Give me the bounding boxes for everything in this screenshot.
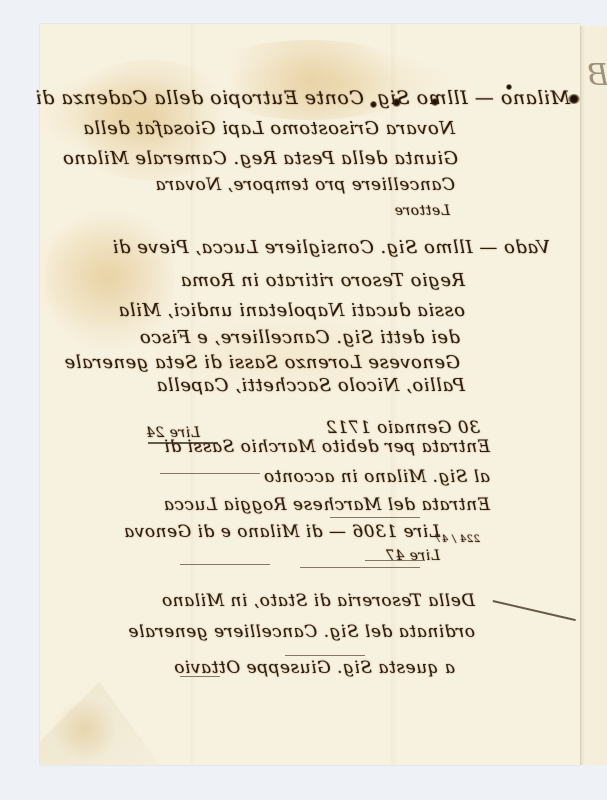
ledger-rule [365, 560, 425, 561]
handwritten-line: ordinata del Sig. Cancelliere generale [175, 622, 475, 642]
ledger-rule [180, 564, 270, 565]
handwritten-line: Lire 47 [380, 548, 440, 564]
date-line: 30 Gennaio 1712 [310, 418, 480, 438]
ledger-rule [300, 567, 420, 568]
fraction: 224 / 47 [440, 534, 480, 545]
handwritten-line: Giunta della Pesta Reg. Camerale Milano [158, 148, 458, 169]
handwritten-line: Pallio, Nicolo Sacchetti, Capella [165, 375, 465, 396]
ledger-rule [148, 442, 218, 444]
handwritten-line: Vado — Illmo Sig. Consigliere Lucca, Pie… [160, 237, 550, 258]
handwritten-line: a questa Sig. Giuseppe Ottavio [205, 658, 455, 678]
handwritten-line: Entrata per debito Marchio Sassi di [190, 437, 490, 457]
handwritten-line: Novara Grisostomo Lapi Giosafat della [155, 118, 455, 139]
handwritten-line: al Sig. Milano in acconto [200, 467, 490, 487]
water-stain [50, 700, 120, 760]
handwritten-line: Regio Tesoro ritirato in Roma [165, 270, 465, 291]
handwritten-line: dei detti Sig. Cancelliere, e Fisco [160, 327, 460, 348]
handwritten-line: ossia ducati Napoletani undici, Mila [165, 300, 465, 321]
margin-amount: Lire 24 [150, 425, 200, 441]
page-fold-strip: B [580, 26, 607, 765]
flourish-stroke [285, 655, 365, 656]
handwritten-line: Della Tesoreria di Stato, in Milano [175, 591, 475, 611]
ledger-rule [160, 473, 260, 474]
handwritten-line: Genovese Lorenzo Sassi di Seta generale [155, 352, 460, 373]
flourish-stroke [180, 676, 220, 677]
handwritten-line: Cancelliere pro tempore, Novara [175, 175, 455, 195]
handwritten-line: Lettore [390, 203, 450, 219]
handwritten-line: Lire 1306 — di Milano e di Genova [180, 522, 440, 542]
ledger-rule [330, 517, 420, 518]
bleed-through-letter: B [587, 58, 607, 93]
handwritten-line: Entrata del Marchese Roggia Lucca [185, 495, 490, 515]
handwritten-line: Milano — Illmo Sig. Conte Eutropio della… [160, 87, 570, 109]
